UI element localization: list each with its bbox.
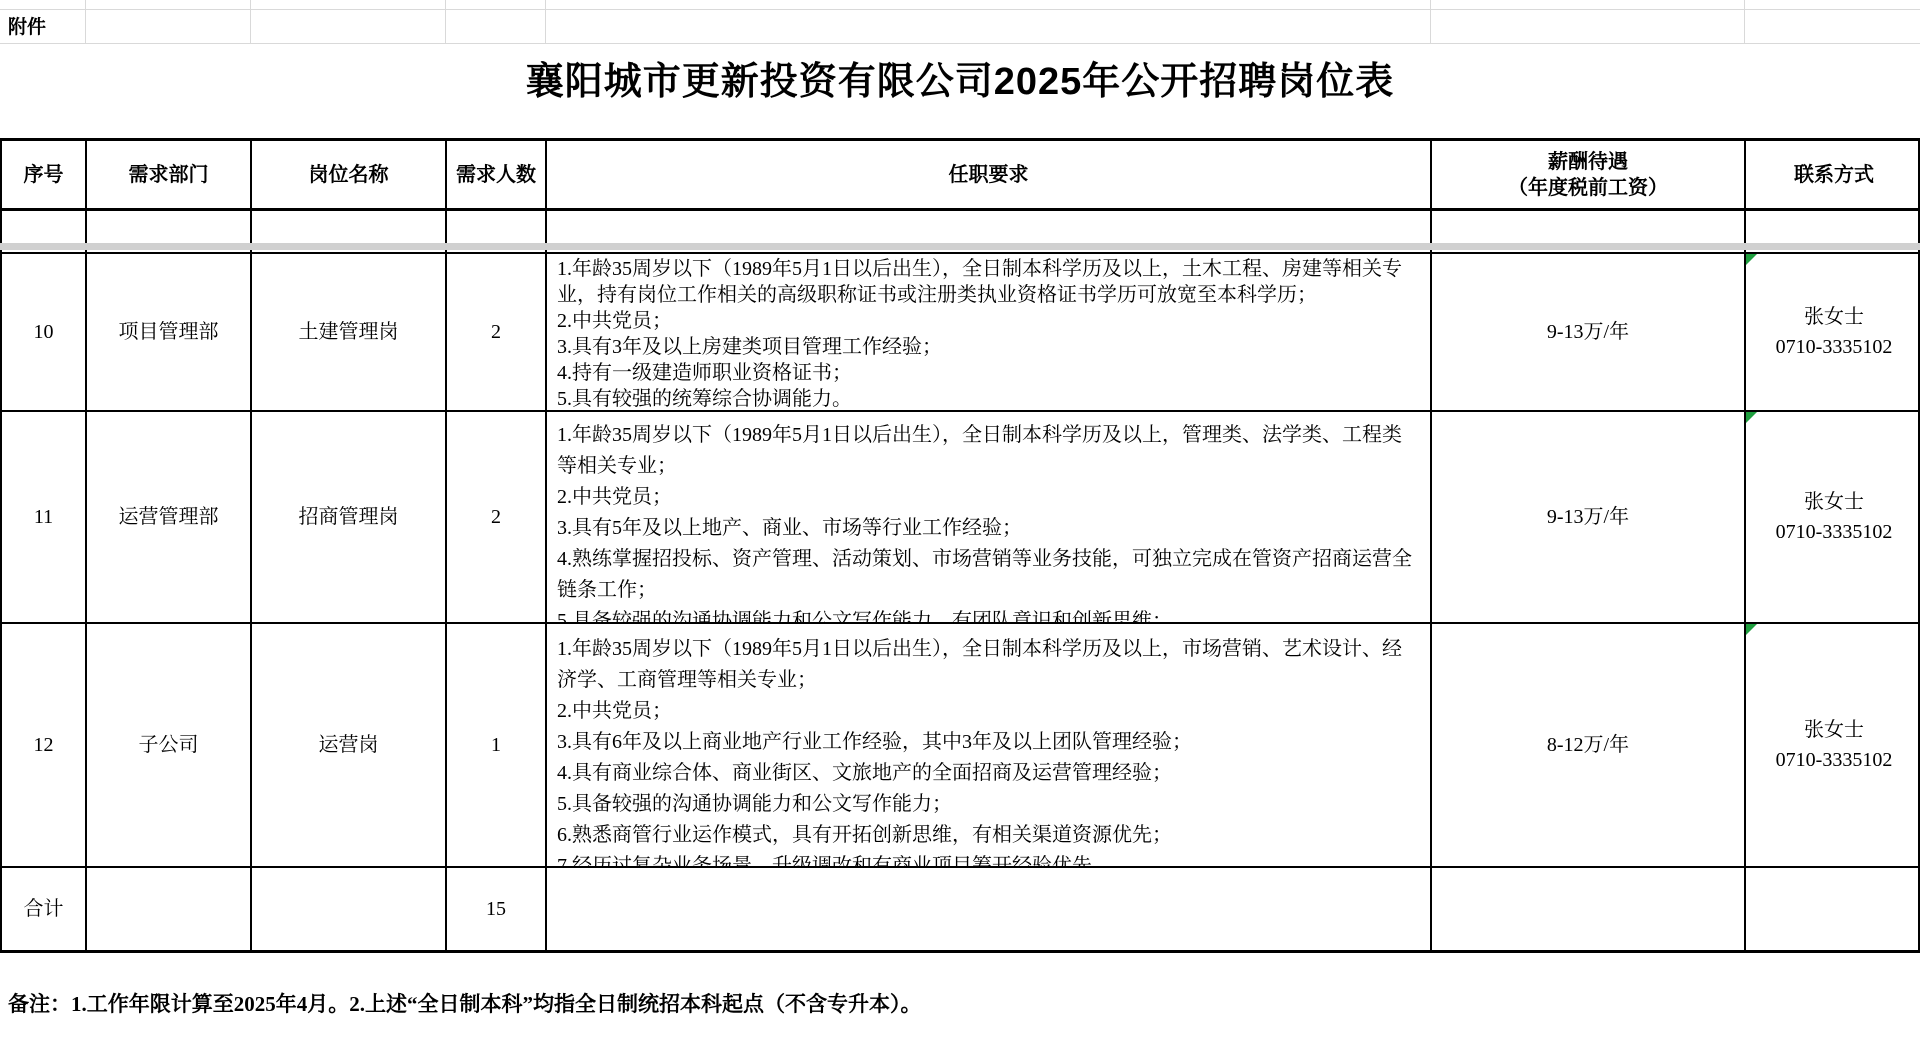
total-row: 合计 15 [2,868,1918,950]
table-header-row: 序号 需求部门 岗位名称 需求人数 任职要求 薪酬待遇 （年度税前工资） 联系方… [2,141,1918,211]
header-cell-requirements: 任职要求 [547,141,1432,208]
cell-requirements: 1.年龄35周岁以下（1989年5月1日以后出生），全日制本科学历及以上，土木工… [547,254,1432,410]
recruitment-table: 序号 需求部门 岗位名称 需求人数 任职要求 薪酬待遇 （年度税前工资） 联系方… [0,138,1920,953]
spacer-row [2,211,1918,254]
cell-corner-marker-icon [1746,412,1757,423]
cell-headcount: 2 [447,412,547,622]
cell-dept: 运营管理部 [87,412,252,622]
cell-contact: 张女士 0710-3335102 [1746,254,1920,410]
gridline-vertical [1744,0,1745,43]
note-text: 备注：1.工作年限计算至2025年4月。2.上述“全日制本科”均指全日制统招本科… [8,988,922,1018]
cell-corner-marker-icon [1746,254,1757,265]
cell-headcount: 2 [447,254,547,410]
cell-corner-marker-icon [1746,624,1757,635]
header-cell-salary: 薪酬待遇 （年度税前工资） [1432,141,1746,208]
header-cell-contact: 联系方式 [1746,141,1920,208]
cell-position: 土建管理岗 [252,254,447,410]
total-label: 合计 [2,868,87,950]
total-headcount: 15 [447,868,547,950]
cell-seq: 11 [2,412,87,622]
cell-dept: 子公司 [87,624,252,866]
spreadsheet-page: 附件 襄阳城市更新投资有限公司2025年公开招聘岗位表 序号 需求部门 岗位名称… [0,0,1920,1046]
header-cell-position: 岗位名称 [252,141,447,208]
cell-requirements: 1.年龄35周岁以下（1989年5月1日以后出生），全日制本科学历及以上，市场营… [547,624,1432,866]
cell-dept: 项目管理部 [87,254,252,410]
cell-salary: 8-12万/年 [1432,624,1746,866]
cell-dept-empty [87,868,252,950]
contact-text: 张女士 0710-3335102 [1776,715,1893,775]
cell-salary: 9-13万/年 [1432,254,1746,410]
cell-contact-empty [1746,868,1920,950]
cell-requirements-empty [547,868,1432,950]
gridline-vertical [445,0,446,43]
gridline-horizontal [0,9,1920,10]
cell-salary: 9-13万/年 [1432,412,1746,622]
gridline-horizontal [0,43,1920,44]
table-row: 11 运营管理部 招商管理岗 2 1.年龄35周岁以下（1989年5月1日以后出… [2,412,1918,624]
cell-contact: 张女士 0710-3335102 [1746,412,1920,622]
cell-contact: 张女士 0710-3335102 [1746,624,1920,866]
gridline-vertical [85,0,86,43]
cell-seq: 10 [2,254,87,410]
contact-text: 张女士 0710-3335102 [1776,487,1893,547]
gridline-vertical [250,0,251,43]
cell-position: 招商管理岗 [252,412,447,622]
gridline-vertical [1430,0,1431,43]
cell-salary-empty [1432,868,1746,950]
table-row: 10 项目管理部 土建管理岗 2 1.年龄35周岁以下（1989年5月1日以后出… [2,254,1918,412]
cell-position-empty [252,868,447,950]
cell-headcount: 1 [447,624,547,866]
gridline-vertical [545,0,546,43]
attachment-label: 附件 [8,12,46,39]
header-cell-seq: 序号 [2,141,87,208]
header-cell-dept: 需求部门 [87,141,252,208]
cell-requirements: 1.年龄35周岁以下（1989年5月1日以后出生），全日制本科学历及以上，管理类… [547,412,1432,622]
cell-position: 运营岗 [252,624,447,866]
header-cell-headcount: 需求人数 [447,141,547,208]
page-title: 襄阳城市更新投资有限公司2025年公开招聘岗位表 [0,50,1920,105]
contact-text: 张女士 0710-3335102 [1776,302,1893,362]
freeze-pane-band [0,243,1920,250]
cell-seq: 12 [2,624,87,866]
table-row: 12 子公司 运营岗 1 1.年龄35周岁以下（1989年5月1日以后出生），全… [2,624,1918,868]
